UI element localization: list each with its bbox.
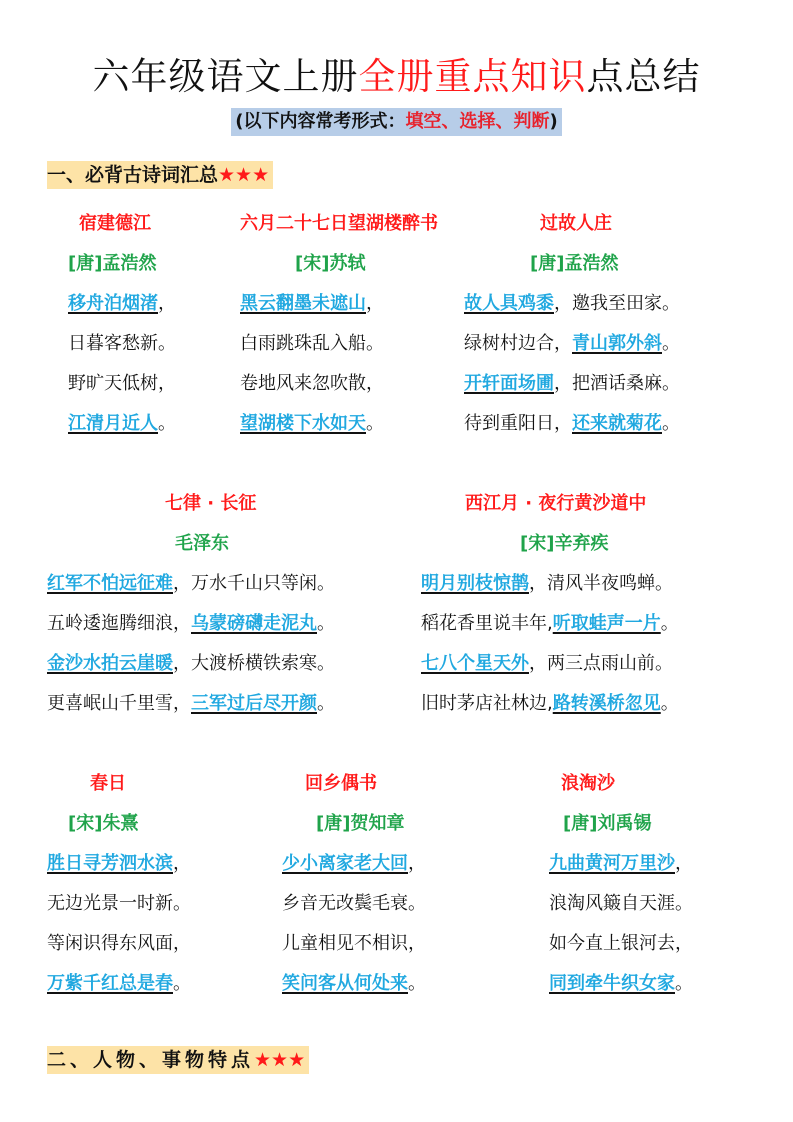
poem-line: 日暮客愁新。 bbox=[68, 332, 176, 356]
answer-blank: 江清月近人 bbox=[68, 413, 158, 434]
poem-author: [唐]贺知章 bbox=[316, 812, 404, 836]
poem-author: [宋]苏轼 bbox=[295, 252, 365, 276]
poem-line: 七八个星天外，两三点雨山前。 bbox=[421, 652, 673, 676]
page-title: 六年级语文上册全册重点知识点总结 bbox=[0, 52, 793, 102]
title-post: 点总结 bbox=[587, 55, 701, 98]
poem-line: 更喜岷山千里雪，三军过后尽开颜。 bbox=[47, 692, 335, 716]
section-label: 一、必背古诗词汇总 bbox=[47, 164, 218, 186]
poem-line: 白雨跳珠乱入船。 bbox=[240, 332, 384, 356]
poem-author: 毛泽东 bbox=[175, 532, 229, 556]
poem-line: 江清月近人。 bbox=[68, 412, 176, 436]
poem-author: [唐]孟浩然 bbox=[530, 252, 618, 276]
subtitle-highlight: 填空、选择、判断 bbox=[406, 111, 550, 132]
answer-blank: 路转溪桥忽见 bbox=[553, 693, 661, 714]
poem-line: 浪淘风簸自天涯。 bbox=[549, 892, 693, 916]
answer-blank: 开轩面场圃 bbox=[464, 373, 554, 394]
answer-blank: 明月别枝惊鹊 bbox=[421, 573, 529, 594]
answer-blank: 同到牵牛织女家 bbox=[549, 973, 675, 994]
poem-title: 六月二十七日望湖楼醉书 bbox=[240, 212, 438, 236]
page-subtitle: (以下内容常考形式：填空、选择、判断) bbox=[231, 108, 561, 136]
poem-title: 七律 · 长征 bbox=[165, 492, 256, 516]
poem-title: 西江月 · 夜行黄沙道中 bbox=[465, 492, 646, 516]
answer-blank: 九曲黄河万里沙 bbox=[549, 853, 675, 874]
answer-blank: 金沙水拍云崖暖 bbox=[47, 653, 173, 674]
answer-blank: 少小离家老大回 bbox=[282, 853, 408, 874]
poem-line: 明月别枝惊鹊，清风半夜鸣蝉。 bbox=[421, 572, 673, 596]
answer-blank: 听取蛙声一片 bbox=[553, 613, 661, 634]
poem-line: 开轩面场圃，把酒话桑麻。 bbox=[464, 372, 680, 396]
poem-line: 野旷天低树， bbox=[68, 372, 176, 396]
poem-title: 宿建德江 bbox=[79, 212, 151, 236]
title-highlight: 全册重点知识 bbox=[359, 55, 587, 98]
answer-blank: 故人具鸡黍 bbox=[464, 293, 554, 314]
answer-blank: 望湖楼下水如天 bbox=[240, 413, 366, 434]
poem-line: 儿童相见不相识， bbox=[282, 932, 426, 956]
answer-blank: 红军不怕远征难 bbox=[47, 573, 173, 594]
poem-author: [宋]朱熹 bbox=[68, 812, 138, 836]
poem-line: 如今直上银河去， bbox=[549, 932, 693, 956]
poem-author: [宋]辛弃疾 bbox=[520, 532, 608, 556]
poem-line: 故人具鸡黍，邀我至田家。 bbox=[464, 292, 680, 316]
answer-blank: 笑问客从何处来 bbox=[282, 973, 408, 994]
star-rating-icon: ★★★ bbox=[218, 164, 269, 186]
title-pre: 六年级语文上册 bbox=[93, 55, 359, 98]
poem-line: 望湖楼下水如天。 bbox=[240, 412, 384, 436]
answer-blank: 黑云翻墨未遮山 bbox=[240, 293, 366, 314]
subtitle-post: ) bbox=[550, 111, 558, 132]
poem-line: 红军不怕远征难，万水千山只等闲。 bbox=[47, 572, 335, 596]
poem-line: 笑问客从何处来。 bbox=[282, 972, 426, 996]
answer-blank: 移舟泊烟渚 bbox=[68, 293, 158, 314]
poem-line: 待到重阳日，还来就菊花。 bbox=[464, 412, 680, 436]
poem-title: 春日 bbox=[90, 772, 126, 796]
subtitle-pre: (以下内容常考形式： bbox=[235, 111, 405, 132]
answer-blank: 三军过后尽开颜 bbox=[191, 693, 317, 714]
answer-blank: 还来就菊花 bbox=[572, 413, 662, 434]
poem-line: 移舟泊烟渚， bbox=[68, 292, 176, 316]
answer-blank: 青山郭外斜 bbox=[572, 333, 662, 354]
poem-line: 金沙水拍云崖暖，大渡桥横铁索寒。 bbox=[47, 652, 335, 676]
poem-line: 乡音无改鬓毛衰。 bbox=[282, 892, 426, 916]
section-heading-2: 二、人物、事物特点★★★ bbox=[47, 1046, 309, 1074]
section-heading-1: 一、必背古诗词汇总★★★ bbox=[47, 161, 273, 189]
section-label: 二、人物、事物特点 bbox=[47, 1049, 254, 1071]
poem-author: [唐]刘禹锡 bbox=[563, 812, 651, 836]
poem-line: 少小离家老大回， bbox=[282, 852, 426, 876]
answer-blank: 乌蒙磅礴走泥丸 bbox=[191, 613, 317, 634]
answer-blank: 万紫千红总是春 bbox=[47, 973, 173, 994]
poem-line: 五岭逶迤腾细浪，乌蒙磅礴走泥丸。 bbox=[47, 612, 335, 636]
poem-title: 过故人庄 bbox=[540, 212, 612, 236]
poem-line: 等闲识得东风面， bbox=[47, 932, 191, 956]
answer-blank: 七八个星天外 bbox=[421, 653, 529, 674]
poem-author: [唐]孟浩然 bbox=[68, 252, 156, 276]
poem-line: 万紫千红总是春。 bbox=[47, 972, 191, 996]
answer-blank: 胜日寻芳泗水滨 bbox=[47, 853, 173, 874]
poem-line: 卷地风来忽吹散， bbox=[240, 372, 384, 396]
poem-line: 黑云翻墨未遮山， bbox=[240, 292, 384, 316]
poem-line: 胜日寻芳泗水滨， bbox=[47, 852, 191, 876]
poem-line: 无边光景一时新。 bbox=[47, 892, 191, 916]
poem-line: 九曲黄河万里沙， bbox=[549, 852, 693, 876]
poem-line: 旧时茅店社林边,路转溪桥忽见。 bbox=[421, 692, 679, 716]
poem-title: 回乡偶书 bbox=[305, 772, 377, 796]
poem-title: 浪淘沙 bbox=[561, 772, 615, 796]
star-rating-icon: ★★★ bbox=[254, 1049, 305, 1071]
poem-line: 同到牵牛织女家。 bbox=[549, 972, 693, 996]
poem-line: 绿树村边合，青山郭外斜。 bbox=[464, 332, 680, 356]
poem-line: 稻花香里说丰年,听取蛙声一片。 bbox=[421, 612, 679, 636]
